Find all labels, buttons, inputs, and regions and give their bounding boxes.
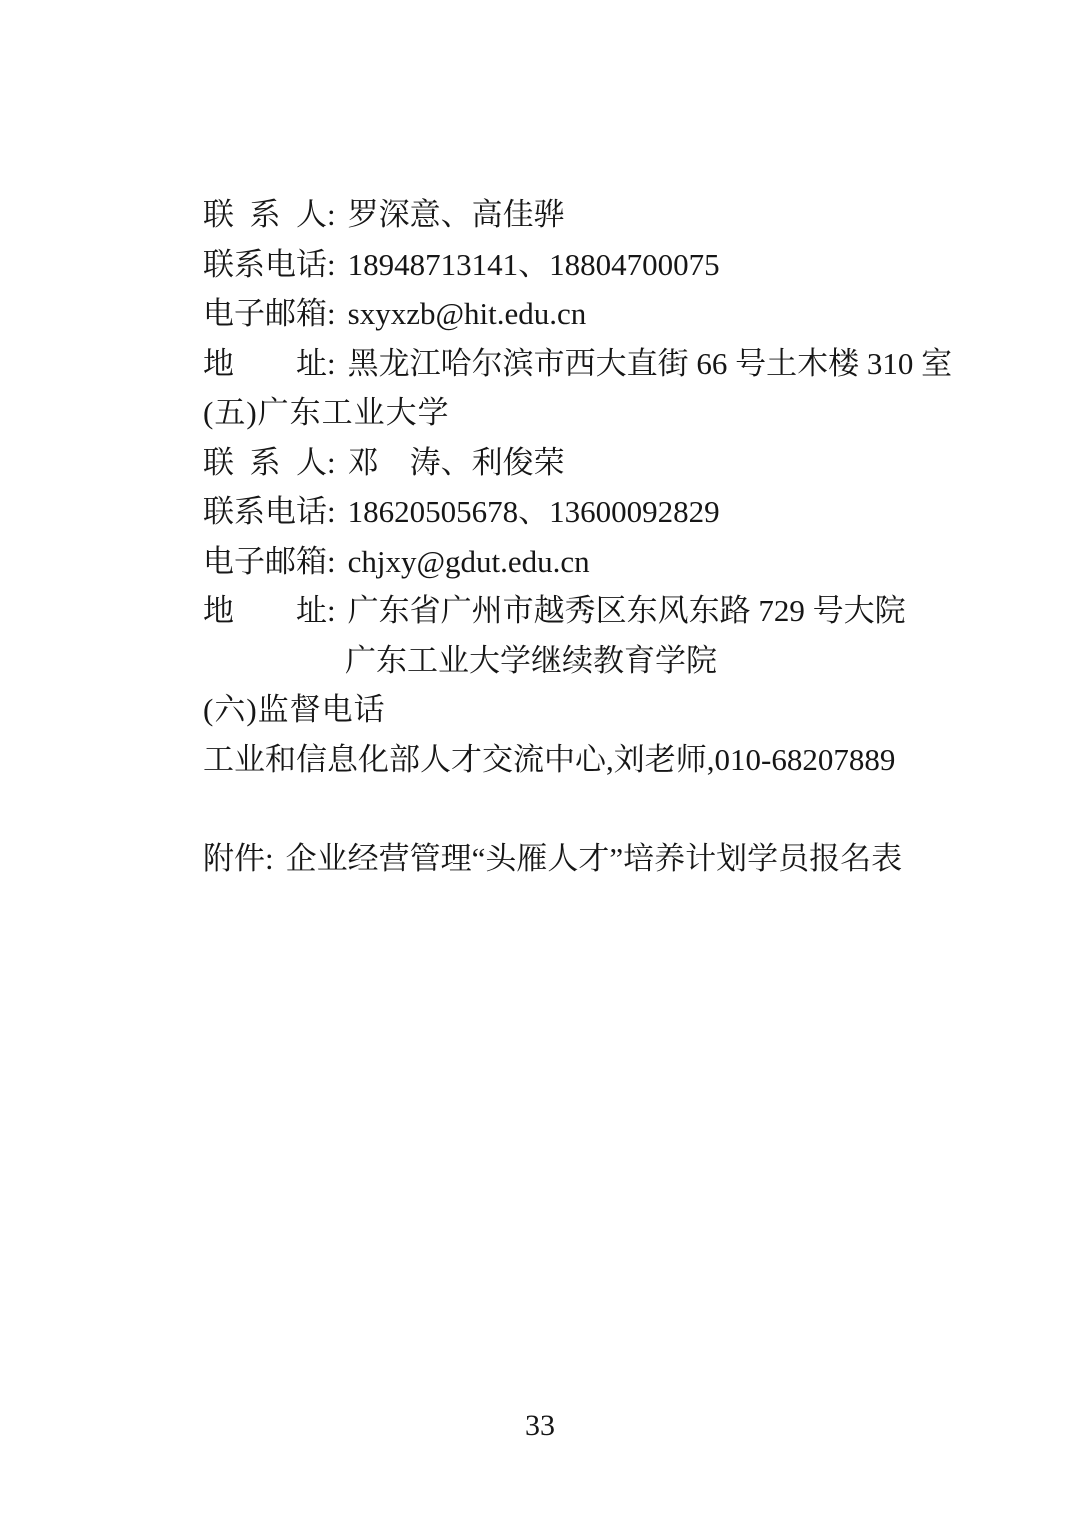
phone-value: 18620505678、13600092829 (348, 494, 720, 529)
section-heading-text: (六)监督电话 (203, 692, 386, 727)
contact-person-value: 邓 涛、利俊荣 (348, 445, 565, 480)
supervision-phone-line: 工业和信息化部人才交流中心,刘老师,010-68207889 (203, 735, 933, 785)
gdut-phone-line: 联系电话:18620505678、13600092829 (203, 487, 933, 537)
email-label: 电子邮箱 (203, 537, 327, 587)
address-label: 地址 (203, 586, 327, 636)
field-colon: : (327, 339, 336, 389)
contact-person-label: 联系人 (203, 438, 327, 488)
hit-contact-person-line: 联系人:罗深意、高佳骅 (203, 190, 933, 240)
field-colon: : (327, 190, 336, 240)
contact-person-label: 联系人 (203, 190, 327, 240)
email-value: sxyxzb@hit.edu.cn (348, 296, 587, 331)
gdut-contact-person-line: 联系人:邓 涛、利俊荣 (203, 438, 933, 488)
email-value: chjxy@gdut.edu.cn (348, 544, 590, 579)
document-body: 联系人:罗深意、高佳骅 联系电话:18948713141、18804700075… (203, 190, 933, 883)
attachment-line: 附件:企业经营管理“头雁人才”培养计划学员报名表 (203, 834, 933, 884)
phone-label: 联系电话 (203, 240, 327, 290)
field-colon: : (327, 586, 336, 636)
phone-label: 联系电话 (203, 487, 327, 537)
phone-value: 18948713141、18804700075 (348, 247, 720, 282)
field-colon: : (327, 240, 336, 290)
section-heading-text: (五)广东工业大学 (203, 395, 450, 430)
hit-phone-line: 联系电话:18948713141、18804700075 (203, 240, 933, 290)
email-label: 电子邮箱 (203, 289, 327, 339)
field-colon: : (327, 537, 336, 587)
field-colon: : (327, 487, 336, 537)
hit-email-line: 电子邮箱:sxyxzb@hit.edu.cn (203, 289, 933, 339)
field-colon: : (327, 289, 336, 339)
gdut-address-continuation-line: 广东工业大学继续教育学院 (203, 636, 933, 686)
field-colon: : (327, 438, 336, 488)
blank-line (203, 784, 933, 834)
supervision-phone-text: 工业和信息化部人才交流中心,刘老师,010-68207889 (203, 742, 895, 777)
section-heading-supervision: (六)监督电话 (203, 685, 933, 735)
address-value-line1: 广东省广州市越秀区东风东路 729 号大院 (348, 593, 906, 628)
contact-person-value: 罗深意、高佳骅 (348, 197, 565, 232)
attachment-label: 附件: (203, 841, 274, 876)
gdut-email-line: 电子邮箱:chjxy@gdut.edu.cn (203, 537, 933, 587)
attachment-title: 企业经营管理“头雁人才”培养计划学员报名表 (286, 841, 903, 876)
page-number: 33 (0, 1408, 1080, 1444)
address-value: 黑龙江哈尔滨市西大直街 66 号土木楼 310 室 (348, 346, 953, 381)
hit-address-line: 地址:黑龙江哈尔滨市西大直街 66 号土木楼 310 室 (203, 339, 933, 389)
gdut-address-line: 地址:广东省广州市越秀区东风东路 729 号大院 (203, 586, 933, 636)
address-value-line2: 广东工业大学继续教育学院 (345, 643, 717, 678)
address-label: 地址 (203, 339, 327, 389)
section-heading-gdut: (五)广东工业大学 (203, 388, 933, 438)
